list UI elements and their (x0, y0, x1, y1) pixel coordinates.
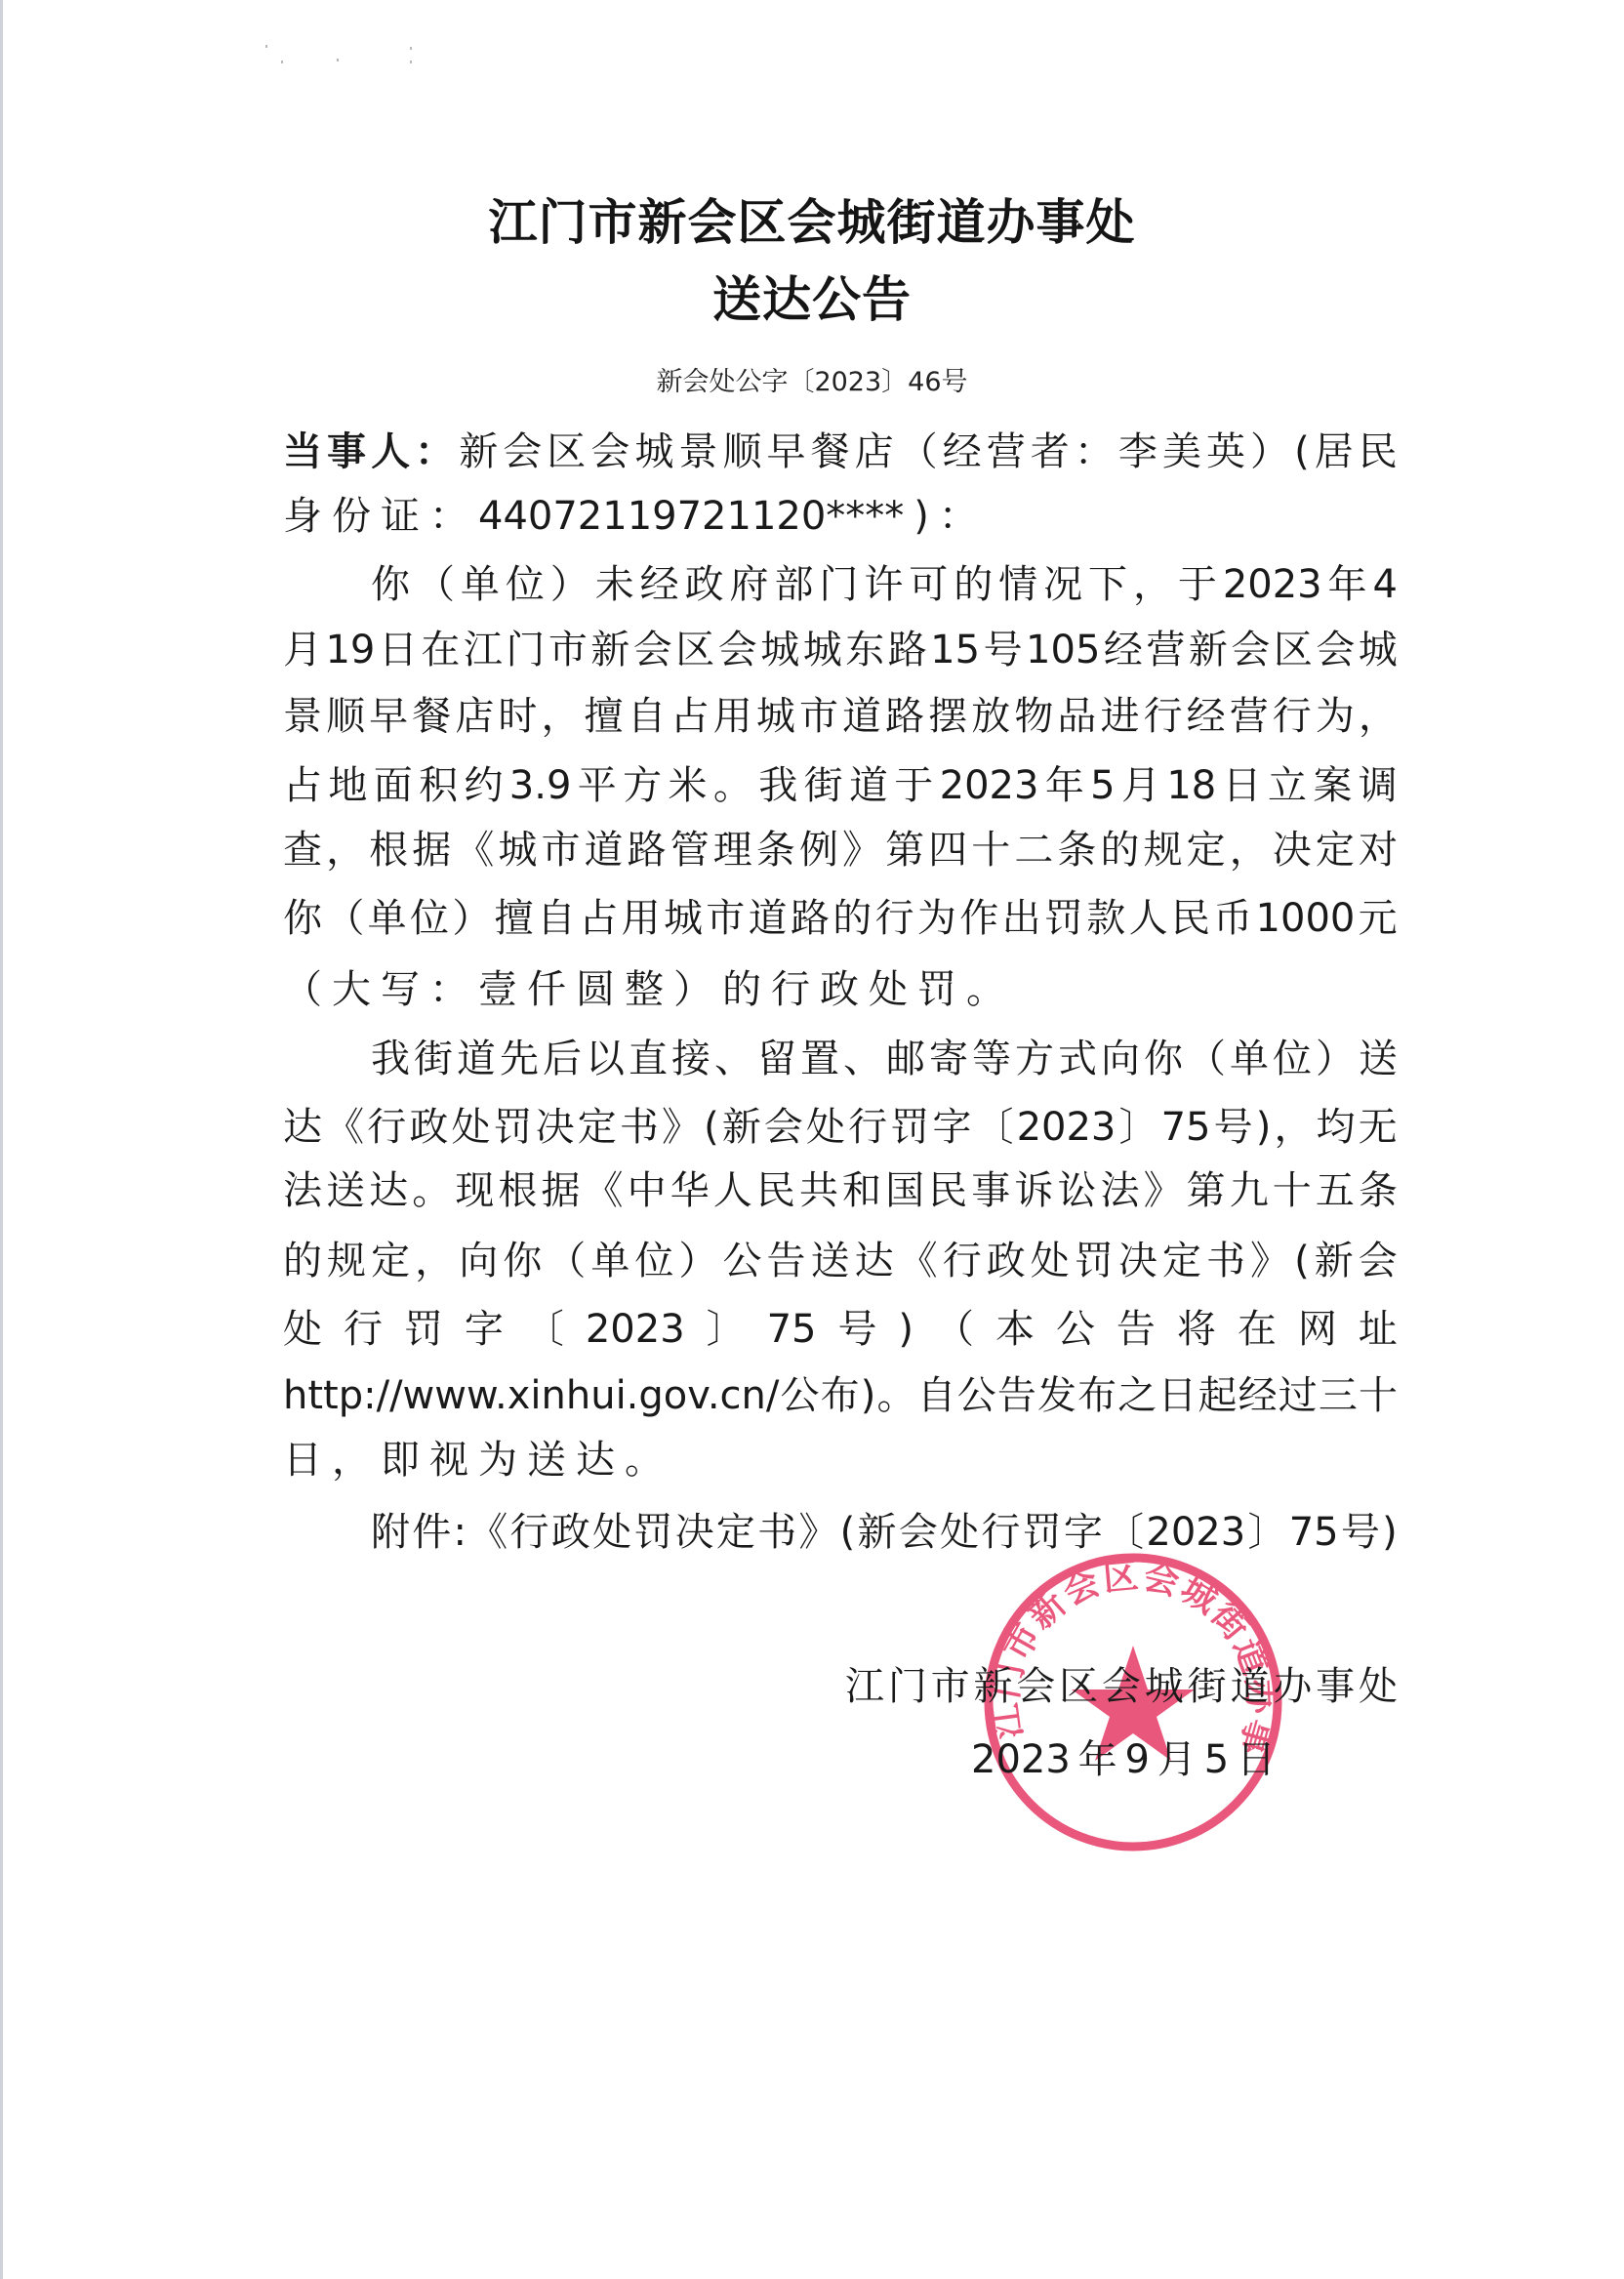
text-glyph: 营 (987, 427, 1026, 477)
text-glyph: 可 (909, 559, 948, 610)
text-glyph: 年 (1045, 760, 1084, 811)
text-glyph: 、 (714, 1034, 753, 1084)
text-glyph: 位 (1273, 1034, 1312, 1084)
text-glyph: 附 (371, 1507, 410, 1558)
text-glyph: 讼 (1057, 1165, 1096, 1216)
text-glyph: 定 (371, 1236, 410, 1286)
text-glyph: 向 (459, 1236, 498, 1286)
body-line: 处行罚字〔2023〕75号)（本公告将在网址 (283, 1304, 1398, 1355)
text-glyph: 会 (590, 427, 629, 477)
text-glyph: 第 (885, 825, 924, 875)
text-glyph: 身 (283, 491, 322, 542)
text-glyph: 。 (412, 1165, 451, 1216)
text-glyph: 积 (419, 760, 458, 811)
text-glyph: 年 (1078, 1734, 1117, 1785)
text-glyph: 会 (1231, 625, 1270, 675)
text-glyph: 区 (1274, 625, 1313, 675)
text-glyph: 自 (917, 1370, 956, 1421)
text-glyph: 顺 (326, 691, 365, 742)
text-glyph: 行 (848, 1102, 887, 1153)
scan-edge (0, 0, 3, 2279)
text-glyph: 门 (819, 559, 858, 610)
text-glyph: ， (1274, 1102, 1313, 1153)
text-glyph: 查 (283, 825, 322, 875)
text-glyph: 在 (421, 625, 460, 675)
text-glyph: ) (913, 491, 929, 542)
text-glyph: 道 (849, 760, 888, 811)
text-glyph: （ (935, 1304, 974, 1355)
text-glyph: 决 (1118, 1236, 1157, 1286)
text-glyph: 的 (283, 1236, 322, 1286)
text-glyph: 向 (1101, 1034, 1140, 1084)
text-glyph: 布 (1077, 1370, 1116, 1421)
text-glyph: 决 (675, 1507, 714, 1558)
text-glyph: 公 (780, 1370, 819, 1421)
text-glyph: 2023 (971, 1734, 1071, 1785)
text-glyph: 〕 (1118, 1102, 1157, 1153)
text-glyph: 事 (327, 427, 366, 477)
text-glyph: 行 (875, 893, 914, 944)
text-glyph: 4 (1372, 559, 1397, 610)
text-glyph: 大 (332, 964, 371, 1015)
text-glyph: 公 (1056, 1304, 1095, 1355)
text-glyph: （ (416, 559, 455, 610)
text-glyph: ） (1316, 1034, 1355, 1084)
text-glyph: 处 (869, 964, 908, 1015)
body-line: 法送达。现根据《中华人民共和国民事诉讼法》第九十五条 (283, 1165, 1398, 1216)
text-glyph: 英 (1206, 427, 1245, 477)
text-glyph: 城 (1145, 1661, 1184, 1712)
text-glyph: 人 (1129, 893, 1168, 944)
text-glyph: 新 (858, 1507, 897, 1558)
text-glyph: 摆 (928, 691, 967, 742)
text-glyph: 号 (1214, 1102, 1253, 1153)
text-glyph: 东 (845, 625, 884, 675)
text-glyph: 处 (451, 1102, 490, 1153)
text-glyph: 。 (713, 760, 752, 811)
text-glyph: ( (1294, 427, 1310, 477)
text-glyph: 许 (864, 559, 903, 610)
text-glyph: 会 (764, 1102, 803, 1153)
id-line: 身份证：44072119721120****)： (283, 491, 1398, 542)
text-glyph: 作 (959, 893, 998, 944)
text-glyph: 后 (543, 1034, 582, 1084)
text-glyph: 城 (1359, 625, 1398, 675)
text-glyph: 《 (325, 1102, 364, 1153)
text-glyph: 处 (283, 1304, 322, 1355)
text-glyph: 你 (283, 893, 322, 944)
text-glyph: 日 (379, 625, 418, 675)
text-glyph: 定 (1162, 1236, 1201, 1286)
text-glyph: 政 (685, 559, 724, 610)
text-glyph: 1000 (1256, 893, 1356, 944)
text-glyph: 达 (576, 1435, 615, 1485)
text-glyph: 城 (803, 625, 842, 675)
text-glyph: 19 (325, 625, 375, 675)
text-glyph: ) (898, 1304, 913, 1355)
text-glyph: 款 (1086, 893, 1125, 944)
text-glyph: 根 (498, 1165, 537, 1216)
text-glyph: 币 (1213, 893, 1252, 944)
text-glyph: 单 (368, 893, 407, 944)
text-glyph: 市 (931, 1661, 970, 1712)
text-glyph: 擅 (585, 691, 624, 742)
text-glyph: 15 (930, 625, 980, 675)
page-subtitle: 送达公告 (0, 270, 1624, 329)
text-glyph: 会 (899, 1507, 938, 1558)
body-line: （大写：壹仟圆整）的行政处罚。 (283, 964, 1398, 1015)
text-glyph: 市 (799, 691, 838, 742)
text-glyph: 元 (1359, 893, 1398, 944)
text-glyph: 江 (845, 1661, 884, 1712)
text-glyph: 四 (928, 825, 967, 875)
text-glyph: 在 (1238, 1304, 1277, 1355)
text-glyph: 我 (758, 760, 797, 811)
text-glyph: 早 (767, 427, 806, 477)
text-glyph: 送 (527, 1435, 566, 1485)
text-glyph: 无 (1359, 1102, 1398, 1153)
text-glyph: 李 (1118, 427, 1157, 477)
text-glyph: ， (541, 691, 580, 742)
text-glyph: 地 (328, 760, 367, 811)
text-glyph: 位 (634, 1236, 673, 1286)
text-glyph: 行 (771, 964, 810, 1015)
text-glyph: 会 (1102, 1661, 1141, 1712)
text-glyph: 网 (1298, 1304, 1337, 1355)
text-glyph: 〕 (1247, 1507, 1286, 1558)
text-glyph: 发 (1037, 1370, 1076, 1421)
text-glyph: 。 (625, 1435, 664, 1485)
text-glyph: 行 (981, 1507, 1020, 1558)
text-glyph: 之 (1117, 1370, 1157, 1421)
text-glyph: 会 (718, 625, 757, 675)
text-glyph: 道 (585, 825, 624, 875)
text-glyph: 九 (1230, 1165, 1269, 1216)
text-glyph: ） (673, 964, 712, 1015)
text-glyph: ： (415, 427, 454, 477)
text-glyph: 经 (1238, 1370, 1278, 1421)
body-line: 日，即视为送达。 (283, 1435, 1398, 1485)
text-glyph: 城 (760, 625, 799, 675)
text-glyph: 将 (1177, 1304, 1216, 1355)
body-line: 你（单位）未经政府部门许可的情况下，于2023年4 (371, 559, 1398, 610)
text-glyph: 民 (1171, 893, 1210, 944)
text-glyph: 75 (767, 1304, 817, 1355)
text-glyph: 罚 (494, 1102, 533, 1153)
body-line: 景顺早餐店时，擅自占用城市道路摆放物品进行经营行为， (283, 691, 1398, 742)
text-glyph: 你 (371, 559, 410, 610)
text-glyph: 》 (662, 1102, 701, 1153)
text-glyph: 市 (706, 893, 745, 944)
text-glyph: 餐 (811, 427, 850, 477)
text-glyph: ： (429, 491, 468, 542)
text-glyph: 的 (1100, 825, 1139, 875)
text-glyph: 邮 (886, 1034, 925, 1084)
text-glyph: 的 (722, 964, 761, 1015)
text-glyph: 占 (670, 691, 710, 742)
text-glyph: 区 (675, 625, 714, 675)
text-glyph: 十 (1359, 1370, 1398, 1421)
text-glyph: 105 (1026, 625, 1100, 675)
text-glyph: 三 (1319, 1370, 1358, 1421)
text-glyph: 市 (541, 825, 580, 875)
text-glyph: ） (550, 559, 589, 610)
document-number: 新会处公字〔2023〕46号 (0, 365, 1624, 400)
text-glyph: 物 (1014, 691, 1053, 742)
text-glyph: 早 (369, 691, 408, 742)
text-glyph: 达 (855, 1236, 894, 1286)
text-glyph: 方 (1015, 1034, 1054, 1084)
text-glyph: ） (452, 893, 491, 944)
seal-text: 江门市新会区会城街道办事处 (981, 1550, 1281, 1761)
text-glyph: 城 (498, 825, 537, 875)
text-glyph: 店 (455, 691, 494, 742)
text-glyph: 日 (1157, 1370, 1197, 1421)
text-glyph: 于 (894, 760, 933, 811)
text-glyph: 二 (1014, 825, 1053, 875)
text-glyph: 罚 (890, 1102, 929, 1153)
text-glyph: 月 (283, 625, 322, 675)
text-glyph: 美 (1162, 427, 1201, 477)
text-glyph: 新 (459, 427, 498, 477)
text-glyph: 民 (1359, 427, 1398, 477)
text-glyph: ) (1382, 1507, 1398, 1558)
text-glyph: 日 (1237, 1734, 1276, 1785)
text-glyph: 2023 (1146, 1507, 1245, 1558)
text-glyph: 事 (971, 1165, 1010, 1216)
scan-speck (281, 61, 283, 63)
text-glyph: 法 (283, 1165, 322, 1216)
text-glyph: 自 (628, 691, 667, 742)
text-glyph: 2023 (586, 1304, 685, 1355)
text-glyph: 《 (455, 825, 494, 875)
text-glyph: 份 (332, 491, 371, 542)
text-glyph: 〔 (1105, 1507, 1144, 1558)
text-glyph: 品 (1057, 691, 1096, 742)
text-glyph: 市 (548, 625, 588, 675)
text-glyph: 处 (592, 1507, 631, 1558)
body-line: 我街道先后以直接、留置、邮寄等方式向你（单位）送 (371, 1034, 1398, 1084)
text-glyph: 会 (1359, 1236, 1398, 1286)
text-glyph: （ (283, 964, 322, 1015)
text-glyph: 送 (811, 1236, 850, 1286)
text-glyph: 2023 (1017, 1102, 1116, 1153)
text-glyph: 、 (843, 1034, 882, 1084)
text-glyph: 罚 (1044, 893, 1083, 944)
text-glyph: 9 (1125, 1734, 1150, 1785)
text-glyph: 〕 (707, 1304, 746, 1355)
text-glyph: 行 (1273, 691, 1312, 742)
text-glyph: 平 (578, 760, 617, 811)
text-glyph: 城 (756, 691, 795, 742)
text-glyph: 会 (633, 625, 672, 675)
text-glyph: 你 (503, 1236, 542, 1286)
text-glyph: 者 (1031, 427, 1070, 477)
text-glyph: 政 (820, 964, 859, 1015)
text-glyph: 时 (498, 691, 537, 742)
text-glyph: 办 (1273, 1661, 1312, 1712)
text-glyph: 送 (326, 1165, 365, 1216)
text-glyph: 路 (791, 893, 830, 944)
text-glyph: 新 (973, 1661, 1012, 1712)
text-glyph: 例 (799, 825, 838, 875)
text-glyph: 人 (713, 1165, 752, 1216)
text-glyph: 新 (722, 1102, 761, 1153)
text-glyph: 即 (381, 1435, 420, 1485)
text-glyph: 》 (1144, 1165, 1183, 1216)
body-line: 达《行政处罚决定书》(新会处行罚字〔2023〕75号)，均无 (283, 1102, 1398, 1153)
text-glyph: 书 (620, 1102, 659, 1153)
scan-speck (265, 45, 267, 48)
text-glyph: 日 (283, 1435, 322, 1485)
text-glyph: 第 (1187, 1165, 1226, 1216)
issue-date: 2023年9月5日 (971, 1734, 1276, 1785)
text-glyph: 用 (713, 691, 752, 742)
text-glyph: 人 (371, 427, 410, 477)
text-glyph: 经 (640, 559, 679, 610)
text-glyph: 〔 (525, 1304, 564, 1355)
text-glyph: http://www.xinhui.gov.cn/ (283, 1370, 779, 1421)
text-glyph: ） (1250, 427, 1289, 477)
text-glyph: 街 (1188, 1661, 1227, 1712)
text-glyph: 面 (374, 760, 413, 811)
text-glyph: 门 (506, 625, 545, 675)
text-glyph: 和 (842, 1165, 881, 1216)
text-glyph: 会 (503, 427, 542, 477)
text-glyph: 行 (943, 1236, 982, 1286)
text-glyph: 顺 (722, 427, 761, 477)
text-glyph: 等 (972, 1034, 1011, 1084)
text-glyph: 告 (767, 1236, 806, 1286)
text-glyph: 路 (885, 691, 924, 742)
text-glyph: ： (1075, 427, 1114, 477)
text-glyph: 2023 (940, 760, 1039, 811)
text-glyph: ( (840, 1507, 856, 1558)
text-glyph: 据 (412, 825, 451, 875)
text-glyph: 行 (367, 1102, 406, 1153)
text-glyph: 华 (670, 1165, 710, 1216)
text-glyph: 门 (888, 1661, 927, 1712)
text-glyph: 罚 (633, 1507, 672, 1558)
text-glyph: 号 (984, 625, 1023, 675)
text-glyph: 过 (1279, 1370, 1318, 1421)
text-glyph: 未 (595, 559, 634, 610)
text-glyph: 十 (971, 825, 1010, 875)
text-glyph: （ (325, 893, 364, 944)
text-glyph: 景 (678, 427, 717, 477)
text-glyph: 城 (664, 893, 703, 944)
text-glyph: 罚 (1023, 1507, 1062, 1558)
text-glyph: 单 (1230, 1034, 1269, 1084)
text-glyph: 共 (799, 1165, 838, 1216)
text-glyph: 3.9 (509, 760, 572, 811)
text-glyph: 书 (1206, 1236, 1245, 1286)
text-glyph: 处 (940, 1507, 979, 1558)
text-glyph: 用 (622, 893, 661, 944)
text-glyph: ） (678, 1236, 717, 1286)
scan-speck (337, 59, 339, 61)
text-glyph: 经 (943, 427, 982, 477)
text-glyph: 均 (1317, 1102, 1356, 1153)
text-glyph: 决 (1273, 825, 1312, 875)
text-glyph: 国 (885, 1165, 924, 1216)
text-glyph: 》 (1250, 1236, 1289, 1286)
text-glyph: ) (1256, 1102, 1272, 1153)
text-glyph: ( (1294, 1236, 1310, 1286)
text-glyph: 情 (998, 559, 1037, 610)
text-glyph: 你 (1144, 1034, 1183, 1084)
text-glyph: 政 (987, 1236, 1026, 1286)
text-glyph: 书 (757, 1507, 796, 1558)
text-glyph: 达 (369, 1165, 408, 1216)
text-glyph: 现 (455, 1165, 494, 1216)
text-glyph: ， (1359, 691, 1398, 742)
scan-speck (410, 47, 412, 50)
text-glyph: ( (704, 1102, 719, 1153)
text-glyph: 5 (1090, 760, 1115, 811)
text-glyph: 擅 (495, 893, 534, 944)
text-glyph: 民 (756, 1165, 795, 1216)
document-page: 江门市新会区会城街道办事处 送达公告 新会处公字〔2023〕46号 当事人：新会… (0, 0, 1624, 2279)
text-glyph: 75 (1161, 1102, 1211, 1153)
text-glyph: 《 (899, 1236, 938, 1286)
text-glyph: 》 (798, 1507, 837, 1558)
text-glyph: 整 (625, 964, 664, 1015)
text-glyph: 营 (1146, 625, 1185, 675)
text-glyph: 达 (283, 1102, 322, 1153)
text-glyph: 号 (1341, 1507, 1380, 1558)
body-line: 占地面积约3.9平方米。我街道于2023年5月18日立案调 (283, 760, 1398, 811)
text-glyph: 的 (954, 559, 993, 610)
text-glyph: 餐 (412, 691, 451, 742)
text-glyph: 以 (586, 1034, 625, 1084)
text-glyph: 2023 (1223, 559, 1322, 610)
text-glyph: 政 (551, 1507, 590, 1558)
text-glyph: 〔 (974, 1102, 1013, 1153)
text-glyph: 定 (1316, 825, 1355, 875)
text-glyph: 证 (381, 491, 420, 542)
text-glyph: 调 (1359, 760, 1398, 811)
text-glyph: 壹 (478, 964, 517, 1015)
text-glyph: 日 (1223, 760, 1262, 811)
text-glyph: 街 (414, 1034, 453, 1084)
text-glyph: 行 (510, 1507, 549, 1558)
text-glyph: 条 (1359, 1165, 1398, 1216)
text-glyph: 理 (713, 825, 752, 875)
text-glyph: 条 (1057, 825, 1096, 875)
text-glyph: 圆 (576, 964, 615, 1015)
text-glyph: 道 (1230, 1661, 1269, 1712)
scan-speck (410, 61, 412, 63)
text-glyph: 罚 (1075, 1236, 1114, 1286)
text-glyph: 写 (381, 964, 420, 1015)
text-glyph: 》 (842, 825, 881, 875)
text-glyph: 五 (1316, 1165, 1355, 1216)
text-glyph: 本 (995, 1304, 1035, 1355)
text-glyph: 字 (932, 1102, 971, 1153)
text-glyph: 区 (547, 427, 586, 477)
text-glyph: 占 (283, 760, 322, 811)
text-glyph: ) (861, 1370, 876, 1421)
text-glyph: 会 (1316, 625, 1355, 675)
text-glyph: 《 (585, 1165, 624, 1216)
text-glyph: 寄 (929, 1034, 968, 1084)
text-glyph: 处 (1359, 1661, 1398, 1712)
text-glyph: 告 (997, 1370, 1036, 1421)
text-glyph: 占 (579, 893, 618, 944)
body-line: 的规定，向你（单位）公告送达《行政处罚决定书》(新会 (283, 1236, 1398, 1286)
text-glyph: 新 (590, 625, 629, 675)
